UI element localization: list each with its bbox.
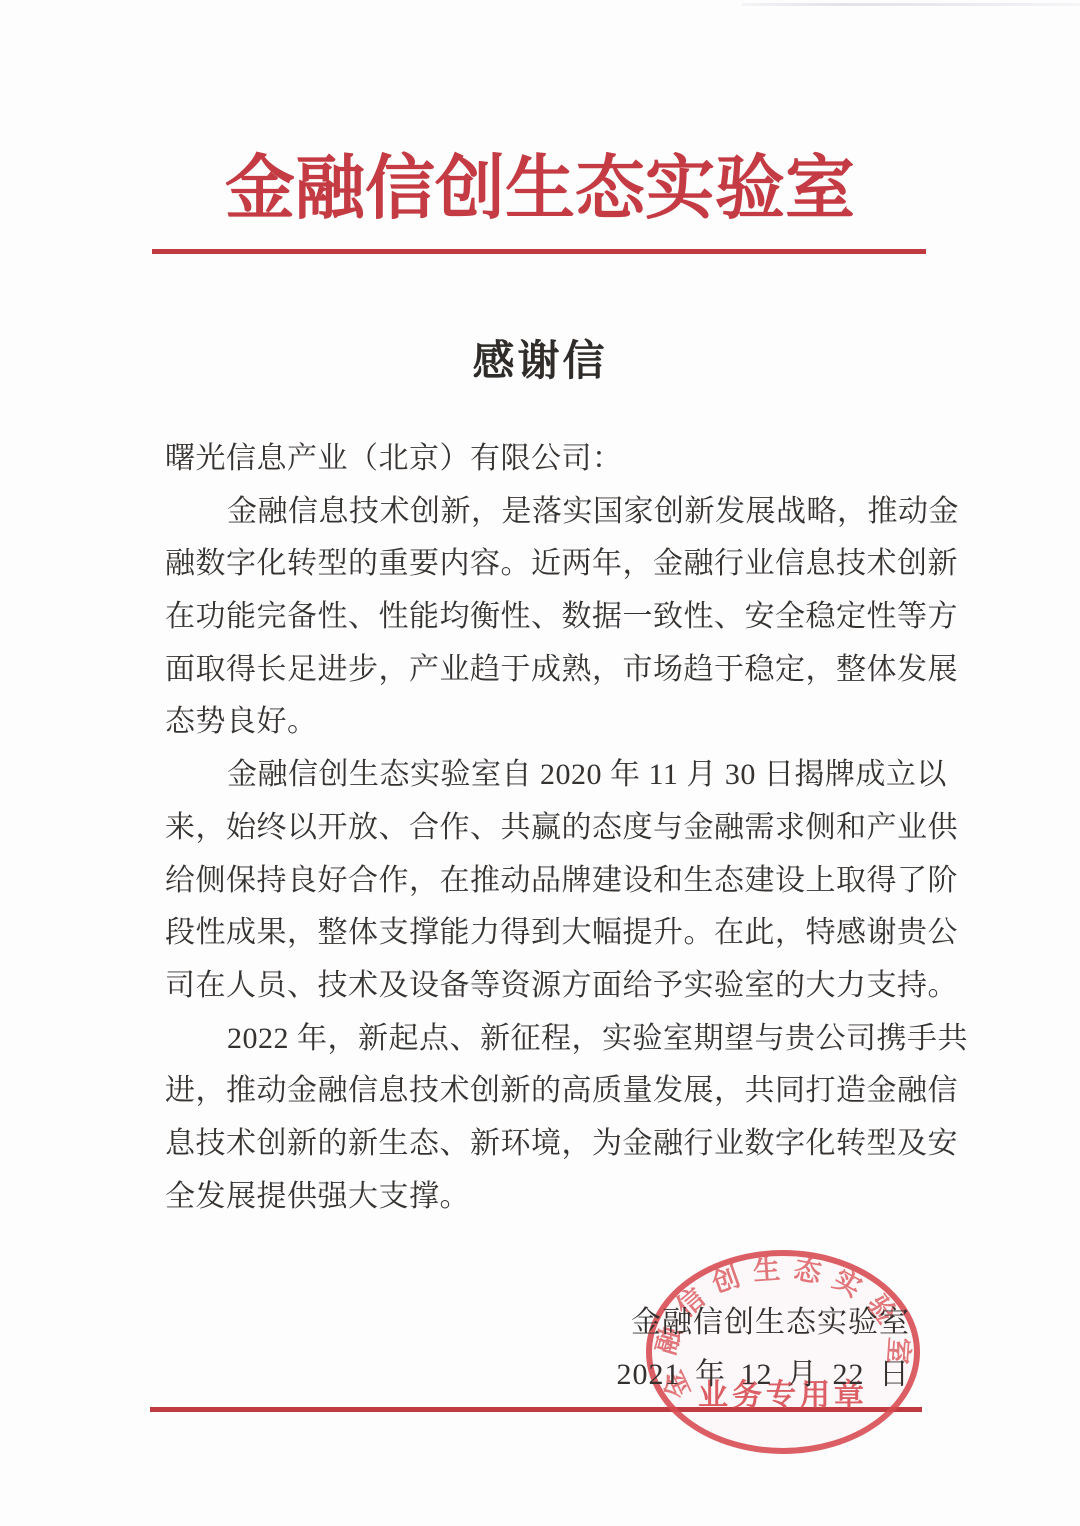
- body-line: 给侧保持良好合作，在推动品牌建设和生态建设上取得了阶: [165, 855, 921, 908]
- header-rule: [152, 249, 926, 254]
- scan-artifact-line: [742, 3, 1080, 6]
- body-line: 进，推动金融信息技术创新的高质量发展，共同打造金融信: [165, 1065, 921, 1118]
- signature-date: 2021 年 12 月 22 日: [617, 1358, 911, 1392]
- body-line: 金融信息技术创新，是落实国家创新发展战略，推动金: [165, 486, 921, 539]
- body-line: 态势良好。: [165, 696, 921, 749]
- body-line: 全发展提供强大支撑。: [165, 1171, 921, 1224]
- body-line: 2022 年，新起点、新征程，实验室期望与贵公司携手共: [165, 1013, 921, 1066]
- footer-rule: [150, 1407, 922, 1412]
- body-line: 段性成果，整体支撑能力得到大幅提升。在此，特感谢贵公: [165, 907, 921, 960]
- salutation: 曙光信息产业（北京）有限公司：: [165, 433, 921, 486]
- body-line: 在功能完备性、性能均衡性、数据一致性、安全稳定性等方: [165, 591, 921, 644]
- letter-body: 曙光信息产业（北京）有限公司： 金融信息技术创新，是落实国家创新发展战略，推动金…: [165, 433, 921, 1223]
- body-line: 司在人员、技术及设备等资源方面给予实验室的大力支持。: [165, 960, 921, 1013]
- body-line: 融数字化转型的重要内容。近两年，金融行业信息技术创新: [165, 538, 921, 591]
- body-line: 息技术创新的新生态、新环境，为金融行业数字化转型及安: [165, 1118, 921, 1171]
- body-line: 面取得长足进步，产业趋于成熟，市场趋于稳定，整体发展: [165, 644, 921, 697]
- signature-org: 金融信创生态实验室: [631, 1306, 910, 1340]
- seal-ellipse: [649, 1253, 917, 1451]
- body-line: 来，始终以开放、合作、共赢的态度与金融需求侧和产业供: [165, 802, 921, 855]
- body-line: 金融信创生态实验室自 2020 年 11 月 30 日揭牌成立以: [165, 749, 921, 802]
- letterhead-title: 金融信创生态实验室: [0, 142, 1080, 238]
- letter-page: 金融信创生态实验室 感谢信 曙光信息产业（北京）有限公司： 金融信息技术创新，是…: [0, 0, 1080, 1526]
- letter-title: 感谢信: [0, 336, 1080, 388]
